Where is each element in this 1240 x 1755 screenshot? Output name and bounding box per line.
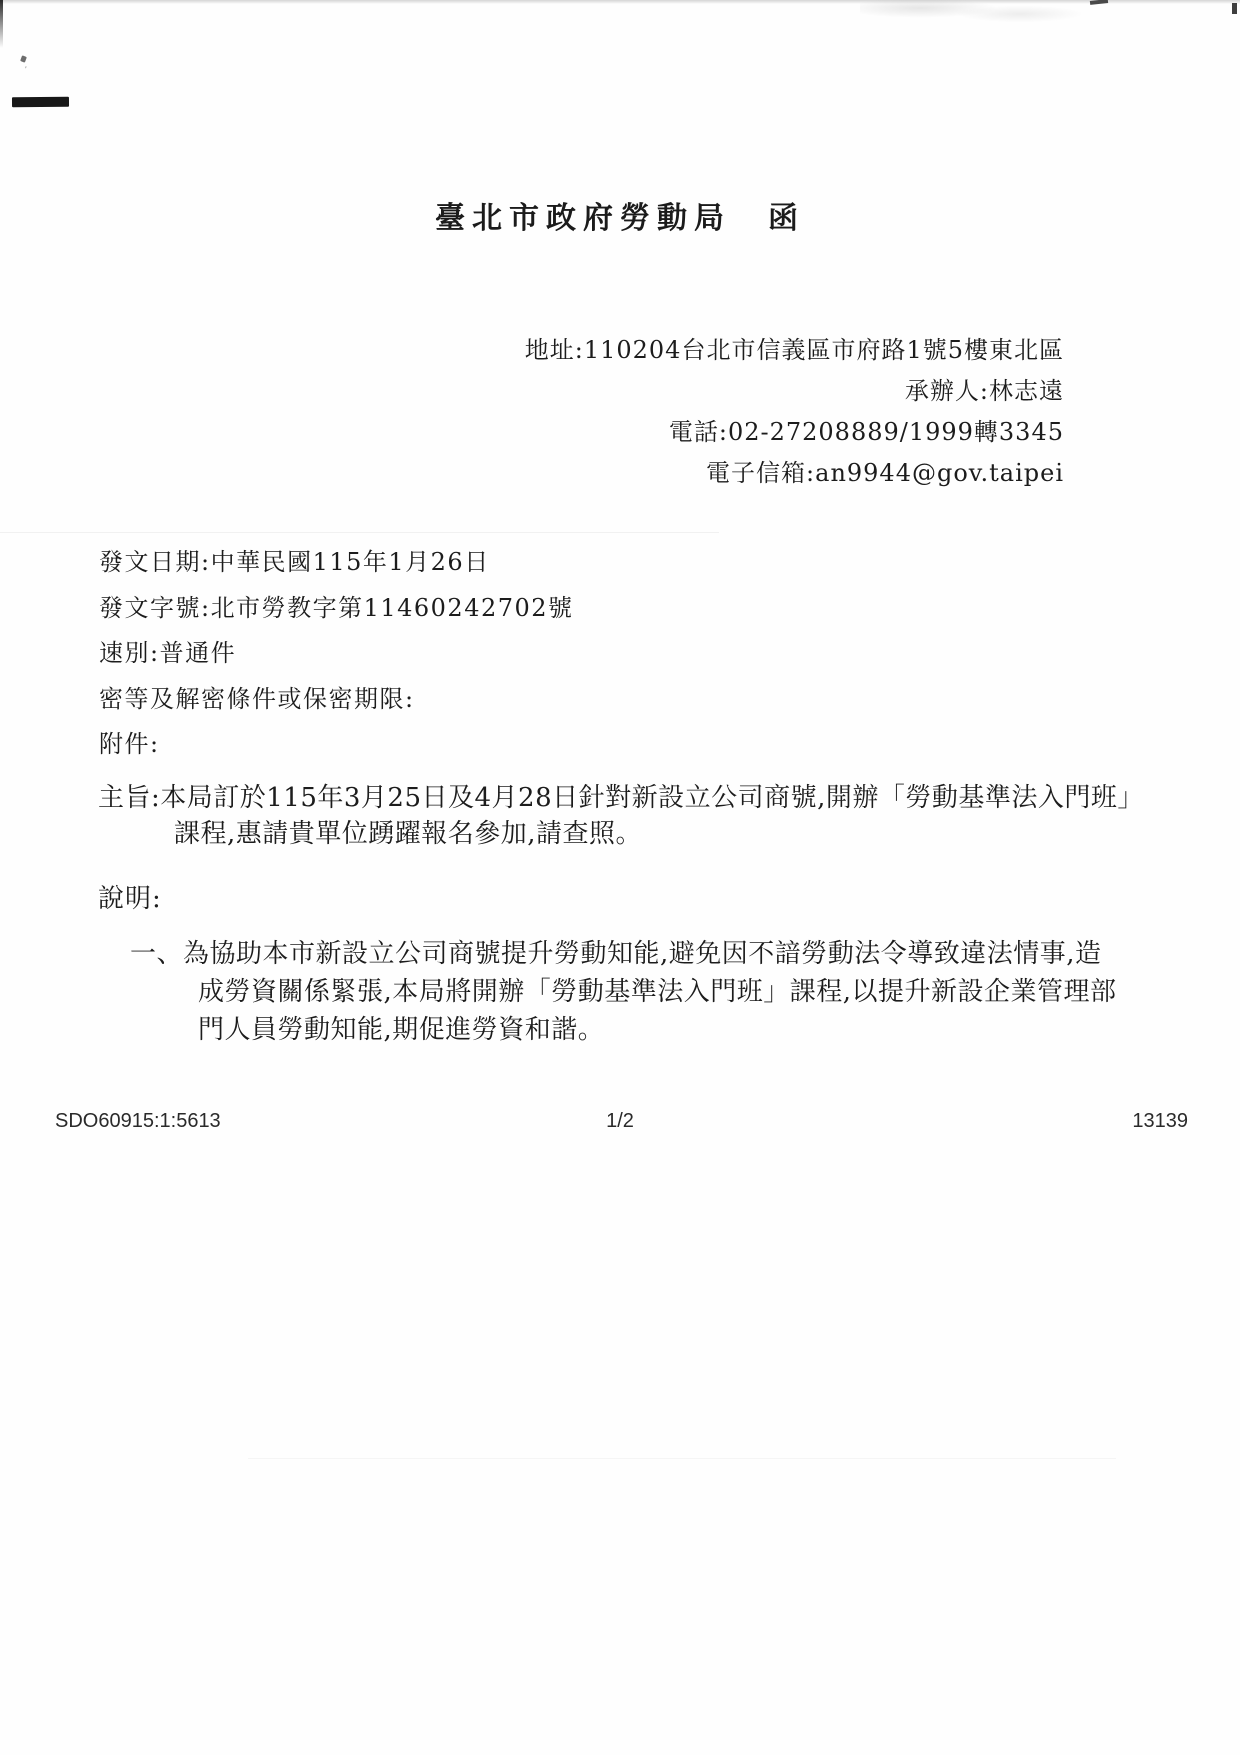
meta-security-class: 密等及解密條件或保密期限: [99, 677, 574, 723]
scan-smudge-artifact [860, 0, 1090, 30]
meta-attachment: 附件: [99, 722, 574, 768]
footer-serial-number: 13139 [1132, 1110, 1188, 1133]
sender-address: 地址:110204台北市信義區市府路1號5樓東北區 [525, 330, 1064, 371]
document-title: 臺北市政府勞動局 函 [0, 193, 1240, 237]
sender-email: 電子信箱:an9944@gov.taipei [525, 453, 1064, 494]
explanation-item-1: 一、為協助本市新設立公司商號提升勞動知能,避免因不諳勞動法令導致違法情事,造成勞… [130, 935, 1126, 1049]
redaction-bar-artifact [12, 97, 69, 107]
item-number: 一、 [130, 939, 183, 969]
page-footer: SDO60915:1:5613 1/2 13139 [0, 1110, 1240, 1138]
footer-page-number: 1/2 [0, 1110, 1240, 1133]
subject-label: 主旨: [98, 783, 160, 813]
meta-doc-number: 發文字號:北市勞教字第11460242702號 [99, 586, 574, 632]
meta-issue-date: 發文日期:中華民國115年1月26日 [99, 540, 574, 586]
subject-paragraph: 主旨:本局訂於115年3月25日及4月28日針對新設立公司商號,開辦「勞動基準法… [98, 780, 1146, 852]
scan-left-edge-artifact [0, 0, 3, 48]
scan-speck-artifact [20, 55, 27, 62]
scanned-official-letter: 臺北市政府勞動局 函 地址:110204台北市信義區市府路1號5樓東北區 承辦人… [0, 0, 1240, 1755]
meta-speed-class: 速別:普通件 [99, 631, 574, 677]
subject-text: 本局訂於115年3月25日及4月28日針對新設立公司商號,開辦「勞動基準法入門班… [160, 783, 1144, 849]
item-text: 為協助本市新設立公司商號提升勞動知能,避免因不諳勞動法令導致違法情事,造成勞資關… [183, 939, 1117, 1045]
sender-contact-person: 承辦人:林志遠 [525, 371, 1064, 412]
explanation-label: 說明: [98, 878, 162, 915]
paper-fold-line [0, 532, 719, 533]
scan-corner-artifact [1232, 3, 1237, 14]
sender-info-block: 地址:110204台北市信義區市府路1號5樓東北區 承辦人:林志遠 電話:02-… [525, 330, 1064, 494]
paper-fold-line-lower [248, 1458, 1116, 1459]
document-meta-block: 發文日期:中華民國115年1月26日 發文字號:北市勞教字第1146024270… [99, 540, 574, 768]
sender-phone: 電話:02-27208889/1999轉3345 [525, 412, 1064, 453]
scan-dash-artifact [1090, 0, 1108, 5]
